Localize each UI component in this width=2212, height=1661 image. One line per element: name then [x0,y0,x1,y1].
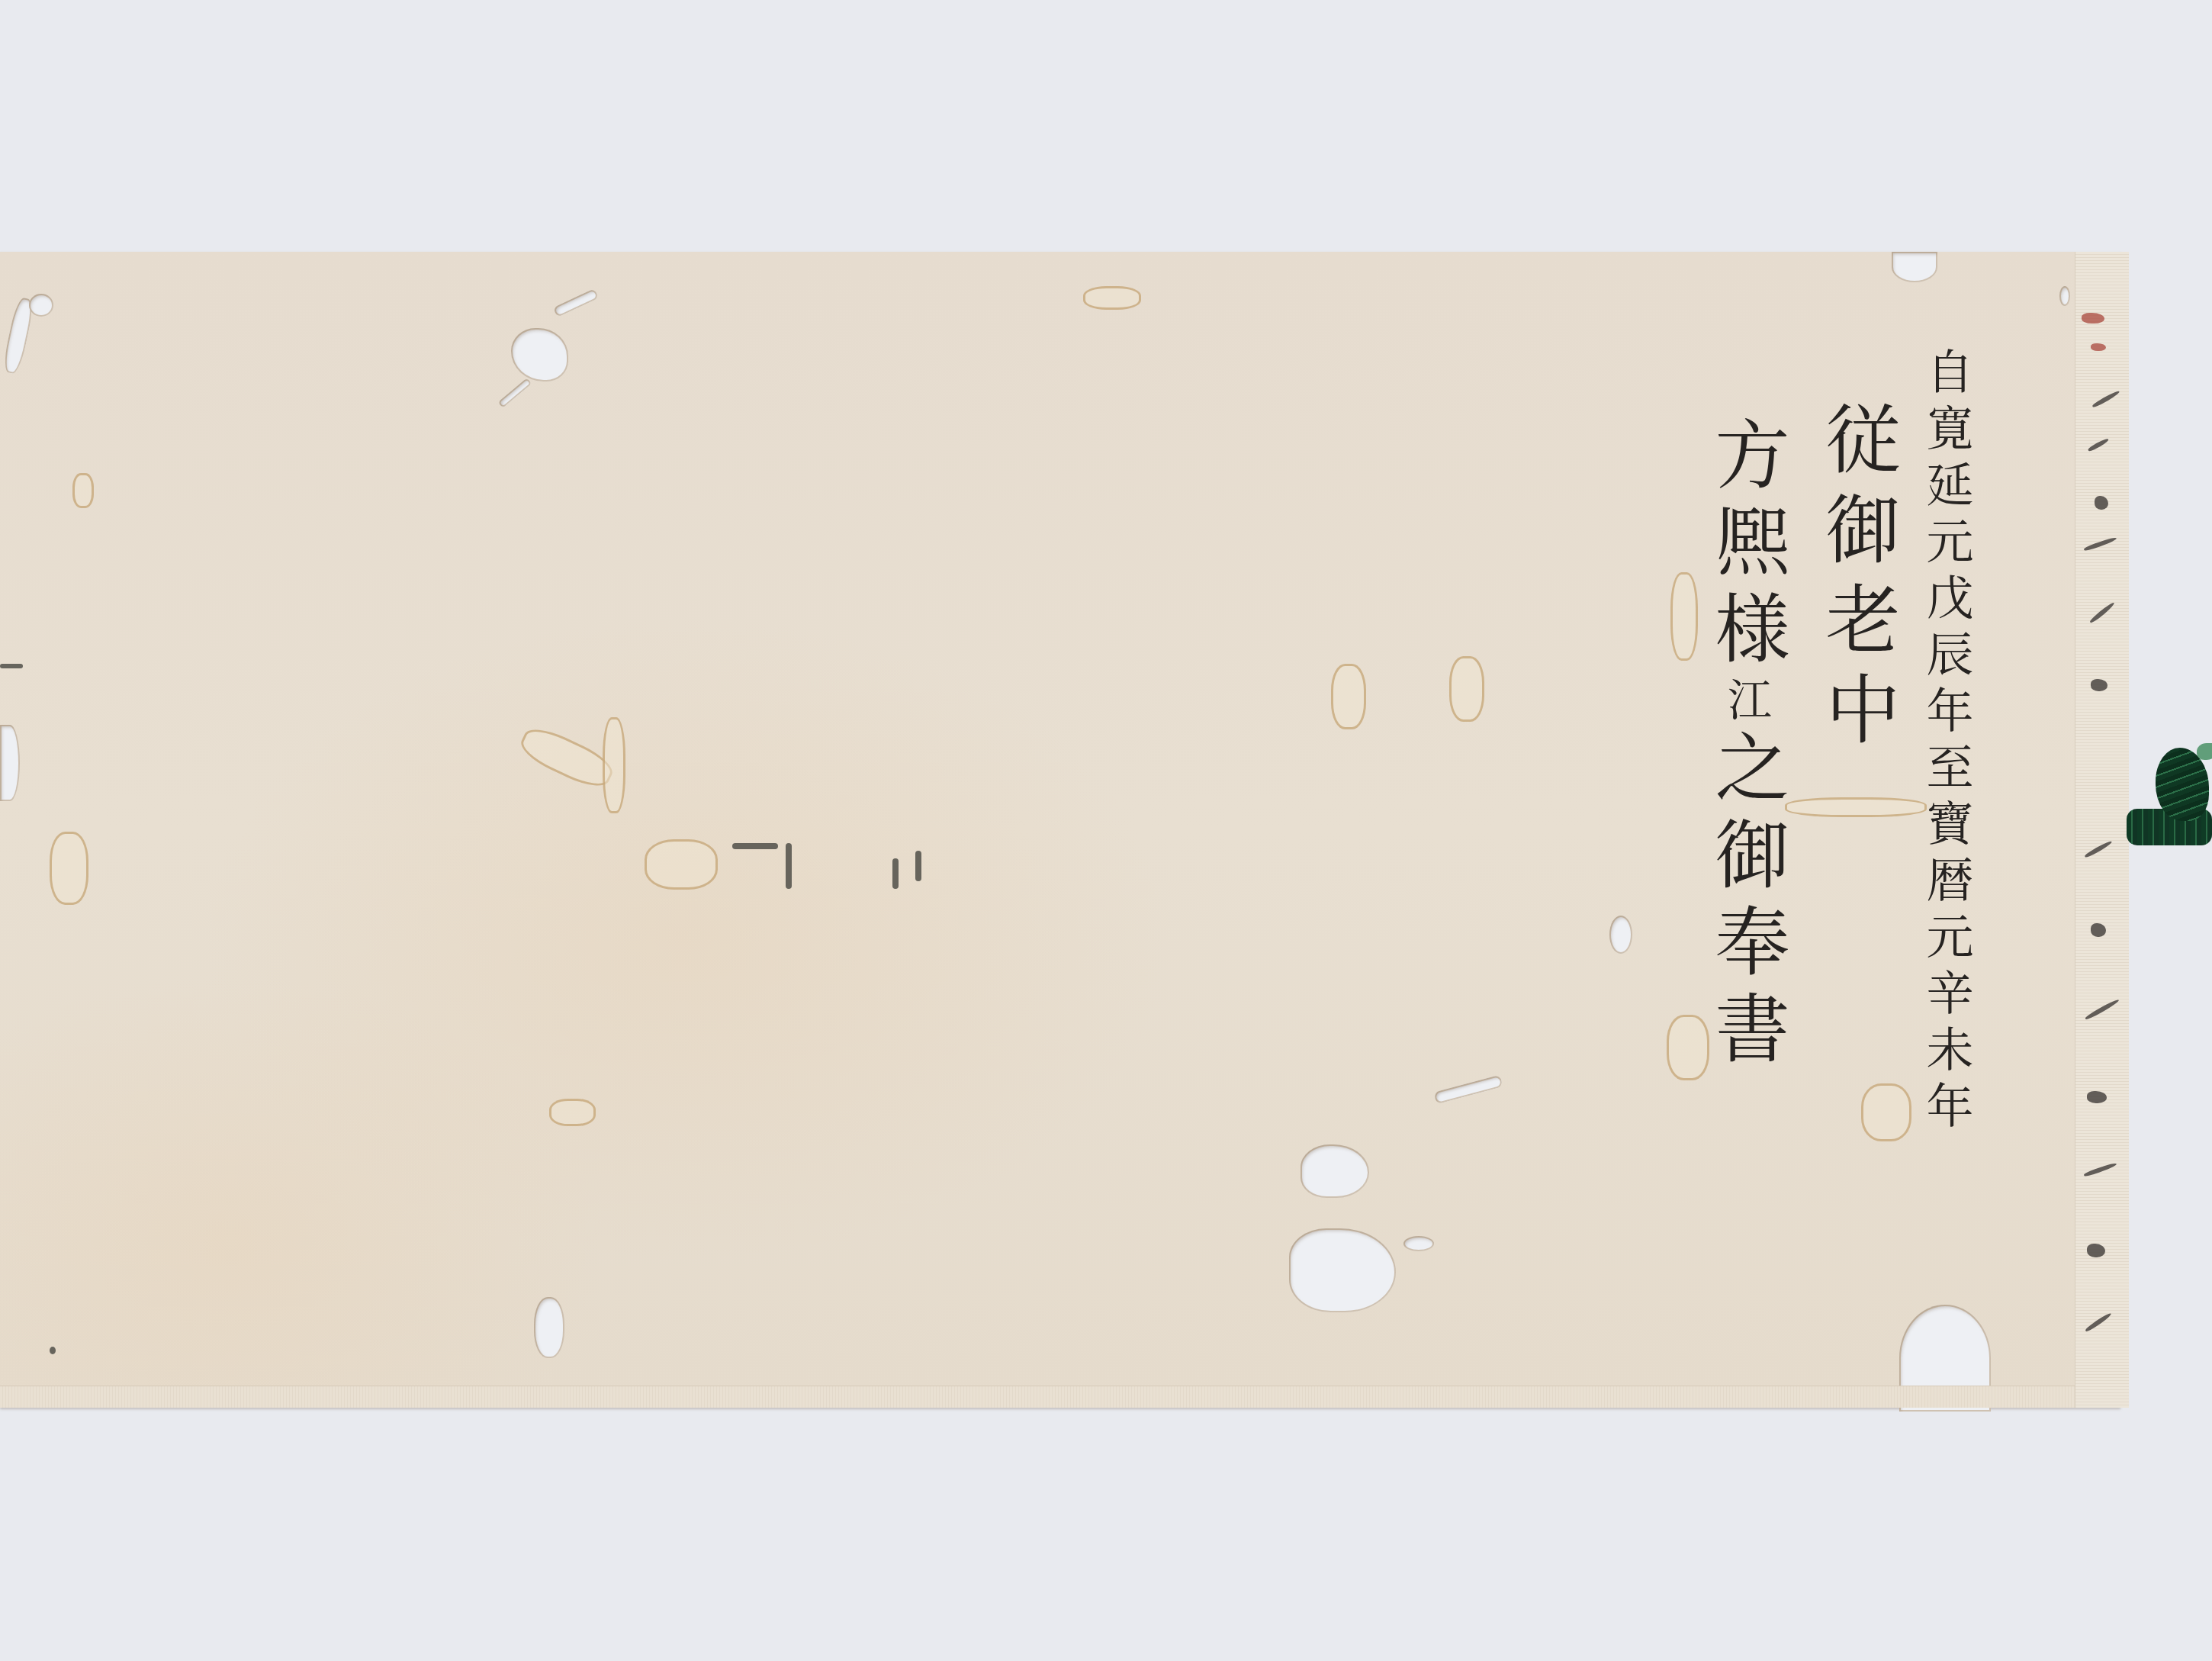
band-pattern-mark [2091,343,2106,351]
worm-trail [1670,572,1698,661]
band-pattern-mark [2082,313,2104,324]
band-pattern-mark [2085,1312,2112,1333]
worm-hole [1899,1305,1991,1412]
worm-hole [1403,1236,1434,1251]
worm-hole [534,1297,564,1358]
cord-fray [2197,743,2212,760]
worm-hole [1892,252,1937,282]
band-pattern-mark [2091,679,2108,691]
worm-trail [603,717,625,813]
worm-trail [1861,1083,1911,1141]
ink-offset [732,843,778,849]
worm-trail [645,839,718,890]
worm-trail [1449,656,1484,722]
photo-stage: 自寛延元戊辰年至寶暦元辛未年 従御老中 方熈様江之御奉書 [0,0,2212,1661]
worm-hole [1289,1228,1396,1312]
band-pattern-mark [2087,1091,2107,1103]
worm-hole [1609,916,1632,954]
band-pattern-mark [2083,536,2117,552]
band-pattern-mark [2083,1161,2117,1177]
worm-hole [498,378,532,408]
ink-offset [915,851,921,881]
worm-hole [511,328,568,381]
worm-hole [1433,1075,1503,1105]
inscription-title-particle: 江 [1720,677,1772,729]
inscription-column-date-range: 自寛延元戊辰年至寶暦元辛未年 [1922,347,1969,1138]
worm-trail [1331,664,1366,729]
band-pattern-mark [2088,437,2110,452]
ink-dot [50,1347,56,1354]
inscription-column-source: 従御老中 [1819,401,1894,761]
worm-trail [50,832,88,905]
band-pattern-mark [2087,1244,2105,1257]
ink-offset [786,843,792,889]
worm-trail [1083,286,1141,310]
green-cord-tie [2127,748,2212,862]
band-pattern-mark [2095,496,2108,510]
worm-hole [0,725,20,801]
worm-hole [2059,286,2070,306]
ink-offset [892,858,899,889]
band-pattern-mark [2089,601,2115,624]
inscription-title-part-b: 之御奉書 [1702,729,1789,1077]
scroll-end-band [2075,252,2129,1408]
band-pattern-mark [2091,389,2120,408]
worm-trail [549,1099,596,1126]
worm-trail [1785,797,1927,817]
band-pattern-mark [2084,839,2113,858]
band-pattern-mark [2085,998,2120,1021]
inscription-column-title: 方熈様江之御奉書 [1709,416,1783,1077]
worm-hole [553,288,599,317]
worm-trail [72,473,94,508]
inscription-title-part-a: 方熈様 [1702,416,1789,677]
worm-hole [1301,1144,1369,1198]
worm-hole [29,294,53,317]
scroll-paper [0,252,2120,1408]
band-pattern-mark [2091,923,2106,937]
ink-offset [0,664,23,668]
